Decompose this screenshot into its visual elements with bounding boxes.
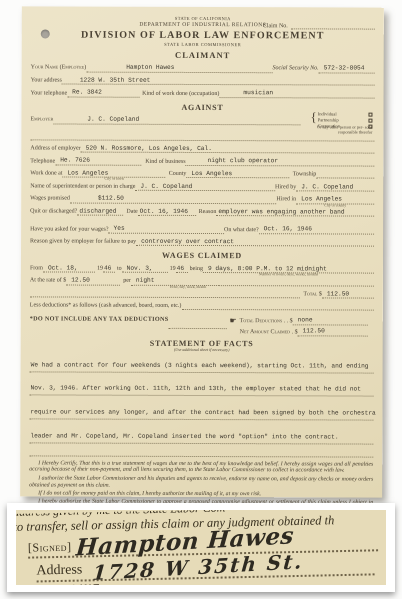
net-amount-underline: 112.50	[298, 328, 368, 337]
manicule-icon: ☛	[229, 316, 236, 326]
asked-value: Yes	[109, 225, 125, 232]
employer-telephone-underline: He. 7626	[55, 157, 141, 166]
superintendent-label: Name of superintendent or person in char…	[30, 183, 135, 191]
ssn-underline: 572-32-8054	[319, 65, 375, 74]
asked-date-underline: Oct. 16, 1946	[259, 225, 374, 234]
hired-in-sublabel: City or county	[296, 203, 374, 207]
net-amount-value: 112.50	[298, 328, 325, 336]
wages-promised-underline: $112.50	[70, 195, 277, 204]
failure-row: Reason given by employer for failure to …	[30, 237, 374, 247]
hired-in-value: Los Angeles	[296, 196, 342, 204]
total-label: Total $	[303, 291, 322, 298]
claim-no-row: Claim No.	[263, 21, 375, 29]
department-heading: DEPARTMENT OF INDUSTRIAL RELATIONS	[139, 22, 266, 28]
superintendent-value: J. C. Copeland	[135, 182, 192, 190]
name-underline: Hampton Hawes	[86, 64, 272, 73]
total-deductions-row: Total Deductions . . $ none	[240, 317, 368, 326]
statement-subtitle: (Use additional sheet if necessary)	[30, 347, 374, 352]
employer-telephone-label: Telephone	[30, 158, 55, 165]
per-value: night	[131, 277, 155, 285]
punch-hole	[41, 29, 50, 38]
quit-reason-value: employer was engaging another band	[216, 208, 344, 216]
total-deductions-label: Total Deductions . . $	[240, 318, 293, 325]
asked-underline: Yes	[109, 225, 224, 234]
statement-line: require our services any longer, and aft…	[29, 400, 373, 420]
wages-promised-row: Wages promised $112.50 Hired in Los Ange…	[30, 195, 374, 205]
failure-underline: controversy over contract	[136, 238, 374, 247]
no-tax-label: *DO NOT INCLUDE ANY TAX DEDUCTIONS	[30, 316, 169, 324]
statement-text: We had a contract for four weekends (3 n…	[30, 361, 369, 369]
claimant-address-row: Your address 1228 W. 35th Street	[31, 76, 375, 86]
total-deductions-value: none	[293, 317, 313, 325]
occupation-label: Kind of work done (occupation)	[142, 90, 219, 97]
telephone-label: Your telephone	[31, 90, 68, 97]
statement-text: leader and Mr. Copeland, Mr. Copeland in…	[29, 432, 338, 440]
employer-label: Employer	[30, 117, 53, 124]
claim-no-underline	[291, 21, 375, 29]
employer-telephone-row: Telephone He. 7626 Kind of business nigh…	[30, 157, 374, 167]
statement-line: We had a contract for four weekends (3 n…	[30, 353, 374, 373]
hired-by-label: Hired by	[275, 184, 296, 191]
statement-line: leader and Mr. Copeland, Mr. Copeland in…	[29, 424, 373, 444]
to-value: Nov. 3,	[122, 264, 153, 272]
being-underline: 9 days, 8:00 P.M. to 12 midnightNumber o…	[203, 265, 374, 274]
telephone-value: Re. 3842	[67, 89, 102, 97]
county-value: Los Angeles	[186, 170, 232, 178]
no-tax-underline	[168, 321, 226, 329]
work-done-row: Work done at Los AngelesCity or town Cou…	[30, 169, 374, 179]
hired-by-value: J. C. Copeland	[296, 183, 353, 191]
failure-value: controversy over contract	[136, 238, 234, 246]
claim-form-document: STATE OF CALIFORNIA DEPARTMENT OF INDUST…	[20, 6, 384, 497]
per-sublabel: Hour, day, week, month	[157, 284, 219, 288]
employer-address-underline: 520 N. Rossmore, Los Angeles, Cal.	[81, 144, 375, 153]
employer-underline: J. C. Copeland	[53, 116, 300, 125]
work-done-value: Los Angeles	[62, 169, 108, 177]
department-heading-row: DEPARTMENT OF INDUSTRIAL RELATIONS Claim…	[31, 21, 375, 28]
signature-detail-paper: address given by me to the State Labor C…	[16, 510, 386, 585]
statement-text: Nov. 3, 1946. After working Oct. 11th, 1…	[30, 385, 361, 393]
asked-label: Have you asked for your wages?	[30, 226, 109, 233]
year1-underline: 46	[103, 264, 115, 272]
wages-promised-label: Wages promised	[30, 196, 70, 203]
claimant-title: CLAIMANT	[31, 49, 375, 60]
work-done-label: Work done at	[30, 171, 62, 178]
claim-no-label: Claim No.	[263, 23, 288, 29]
division-heading: DIVISION OF LABOR LAW ENFORCEMENT	[31, 29, 375, 41]
asked-date-label: On what date?	[224, 227, 259, 234]
rate-value: 12.50	[66, 277, 90, 285]
per-underline: nightHour, day, week, month	[131, 277, 219, 286]
total-row: Total $ 112.50	[30, 289, 374, 299]
quit-reason-label: Reason	[199, 209, 217, 216]
from-label: From	[30, 265, 43, 272]
rate-row: At the rate of $ 12.50 per nightHour, da…	[30, 277, 374, 287]
business-label: Kind of business	[145, 158, 185, 165]
total-deductions-underline: none	[293, 317, 368, 326]
quit-underline: discharged	[77, 207, 123, 216]
statement-line: Nov. 3, 1946. After working Oct. 11th, 1…	[29, 377, 373, 397]
address-value: 1228 W. 35th Street	[62, 76, 151, 84]
employer-address-label: Address of employer	[30, 145, 80, 152]
detail-address-label: Address	[36, 563, 82, 581]
work-done-sublabel: City or town	[62, 177, 165, 182]
deductions-underline	[181, 302, 373, 311]
hired-by-underline: J. C. Copeland	[296, 183, 374, 192]
asked-row: Have you asked for your wages? Yes On wh…	[30, 225, 374, 235]
superintendent-underline: J. C. Copeland	[135, 182, 275, 191]
address-label: Your address	[31, 77, 62, 84]
name-value: Hampton Hawes	[86, 64, 174, 72]
township-underline	[316, 171, 374, 179]
total-underline: 112.50	[322, 290, 374, 299]
total-value: 112.50	[322, 290, 349, 298]
certification-paragraph-3: If I do not call for money paid on this …	[29, 490, 373, 498]
quit-date-value: Oct. 16, 1946	[138, 208, 188, 216]
year1-value: 46	[103, 264, 111, 271]
certification-paragraph-1: I Hereby Certify, That this is a true st…	[29, 460, 373, 475]
deductions-row: Less deductions* as follows (cash advanc…	[30, 302, 374, 311]
statement-blank-line	[29, 448, 373, 458]
to-underline: Nov. 3,	[122, 264, 168, 273]
net-amount-row: Net Amount Claimed . $ 112.50	[240, 327, 368, 336]
wages-promised-value: $112.50	[70, 195, 124, 203]
being-label: being	[190, 266, 203, 273]
employer-address-value: 520 N. Rossmore, Los Angeles, Cal.	[81, 144, 212, 152]
ssn-value: 572-32-8054	[319, 65, 365, 73]
year2-value: 46	[176, 264, 184, 271]
asked-date-value: Oct. 16, 1946	[259, 225, 312, 233]
year2-underline: 46	[176, 264, 188, 272]
business-value: night club operator	[186, 157, 279, 165]
employer-row: Employer J. C. Copeland { Individual Par…	[30, 115, 374, 125]
rate-label: At the rate of $	[30, 278, 66, 285]
quit-date-label: Date	[126, 209, 137, 216]
from-value: Oct. 18,	[43, 264, 78, 272]
hired-in-label: Hired in	[276, 197, 296, 204]
name-label: Your Name (Employee)	[31, 65, 87, 72]
work-done-underline: Los AngelesCity or town	[62, 169, 165, 178]
county-underline: Los Angeles	[186, 170, 289, 179]
checkbox-individual	[368, 113, 372, 117]
telephone-underline: Re. 3842	[67, 89, 139, 98]
wages-claimed-title: WAGES CLAIMED	[30, 251, 374, 261]
net-amount-label: Net Amount Claimed . $	[240, 329, 298, 336]
rate-underline: 12.50	[66, 277, 120, 286]
rate-trailing-underline	[219, 278, 374, 287]
failure-label: Reason given by employer for failure to …	[30, 239, 136, 247]
claimant-name-row: Your Name (Employee) Hampton Hawes Socia…	[31, 64, 375, 74]
quit-date-underline: Oct. 16, 1946	[138, 208, 196, 217]
signature-detail-content: address given by me to the State Labor C…	[16, 510, 386, 585]
from-underline: Oct. 18,	[43, 264, 95, 273]
per-label: per	[123, 278, 131, 285]
county-label: County	[169, 171, 187, 178]
address-underline: 1228 W. 35th Street	[62, 76, 375, 86]
township-label: Township	[293, 172, 317, 179]
employer-telephone-value: He. 7626	[55, 157, 90, 165]
being-sublabel: Number of hours, days, weeks, months	[203, 272, 374, 277]
business-underline: night club operator	[186, 157, 375, 166]
quit-value: discharged	[77, 207, 116, 215]
quit-label: Quit or discharged?	[30, 208, 77, 215]
checkbox-partnership	[368, 119, 372, 123]
tax-deductions-row: *DO NOT INCLUDE ANY TAX DEDUCTIONS ☛ Tot…	[30, 316, 374, 337]
detail-signed-label: [Signed]	[28, 540, 72, 557]
hired-in-underline: Los AngelesCity or county	[296, 196, 374, 205]
deductions-label: Less deductions* as follows (cash advanc…	[30, 303, 182, 311]
certification-paragraph-2: I authorize the State Labor Commissioner…	[29, 475, 373, 490]
signature-detail-frame: address given by me to the State Labor C…	[7, 503, 395, 592]
deduction-totals-box: Total Deductions . . $ none Net Amount C…	[240, 317, 368, 337]
ssn-label: Social Security No.	[272, 66, 318, 73]
quit-row: Quit or discharged? discharged Date Oct.…	[30, 207, 374, 217]
blank-underline	[30, 132, 374, 141]
quit-reason-underline: employer was engaging another band	[216, 208, 374, 217]
statement-text: require our services any longer, and aft…	[29, 408, 375, 416]
employer-value: J. C. Copeland	[53, 116, 139, 124]
occupation-underline: musician	[219, 89, 374, 98]
superintendent-row: Name of superintendent or person in char…	[30, 182, 374, 192]
total-leader-underline	[30, 290, 301, 299]
page: { "colors": {"paper": "#e9dfc0", "ink": …	[0, 0, 402, 599]
claimant-telephone-row: Your telephone Re. 3842 Kind of work don…	[31, 89, 375, 99]
wages-from-row: From Oct. 18, 19 46 to Nov. 3, 19 46 bei…	[30, 264, 374, 274]
employer-extra-line	[30, 132, 374, 141]
employer-address-row: Address of employer 520 N. Rossmore, Los…	[30, 144, 374, 154]
commissioner-heading: STATE LABOR COMMISSIONER	[31, 41, 375, 47]
occupation-value: musician	[219, 89, 273, 97]
